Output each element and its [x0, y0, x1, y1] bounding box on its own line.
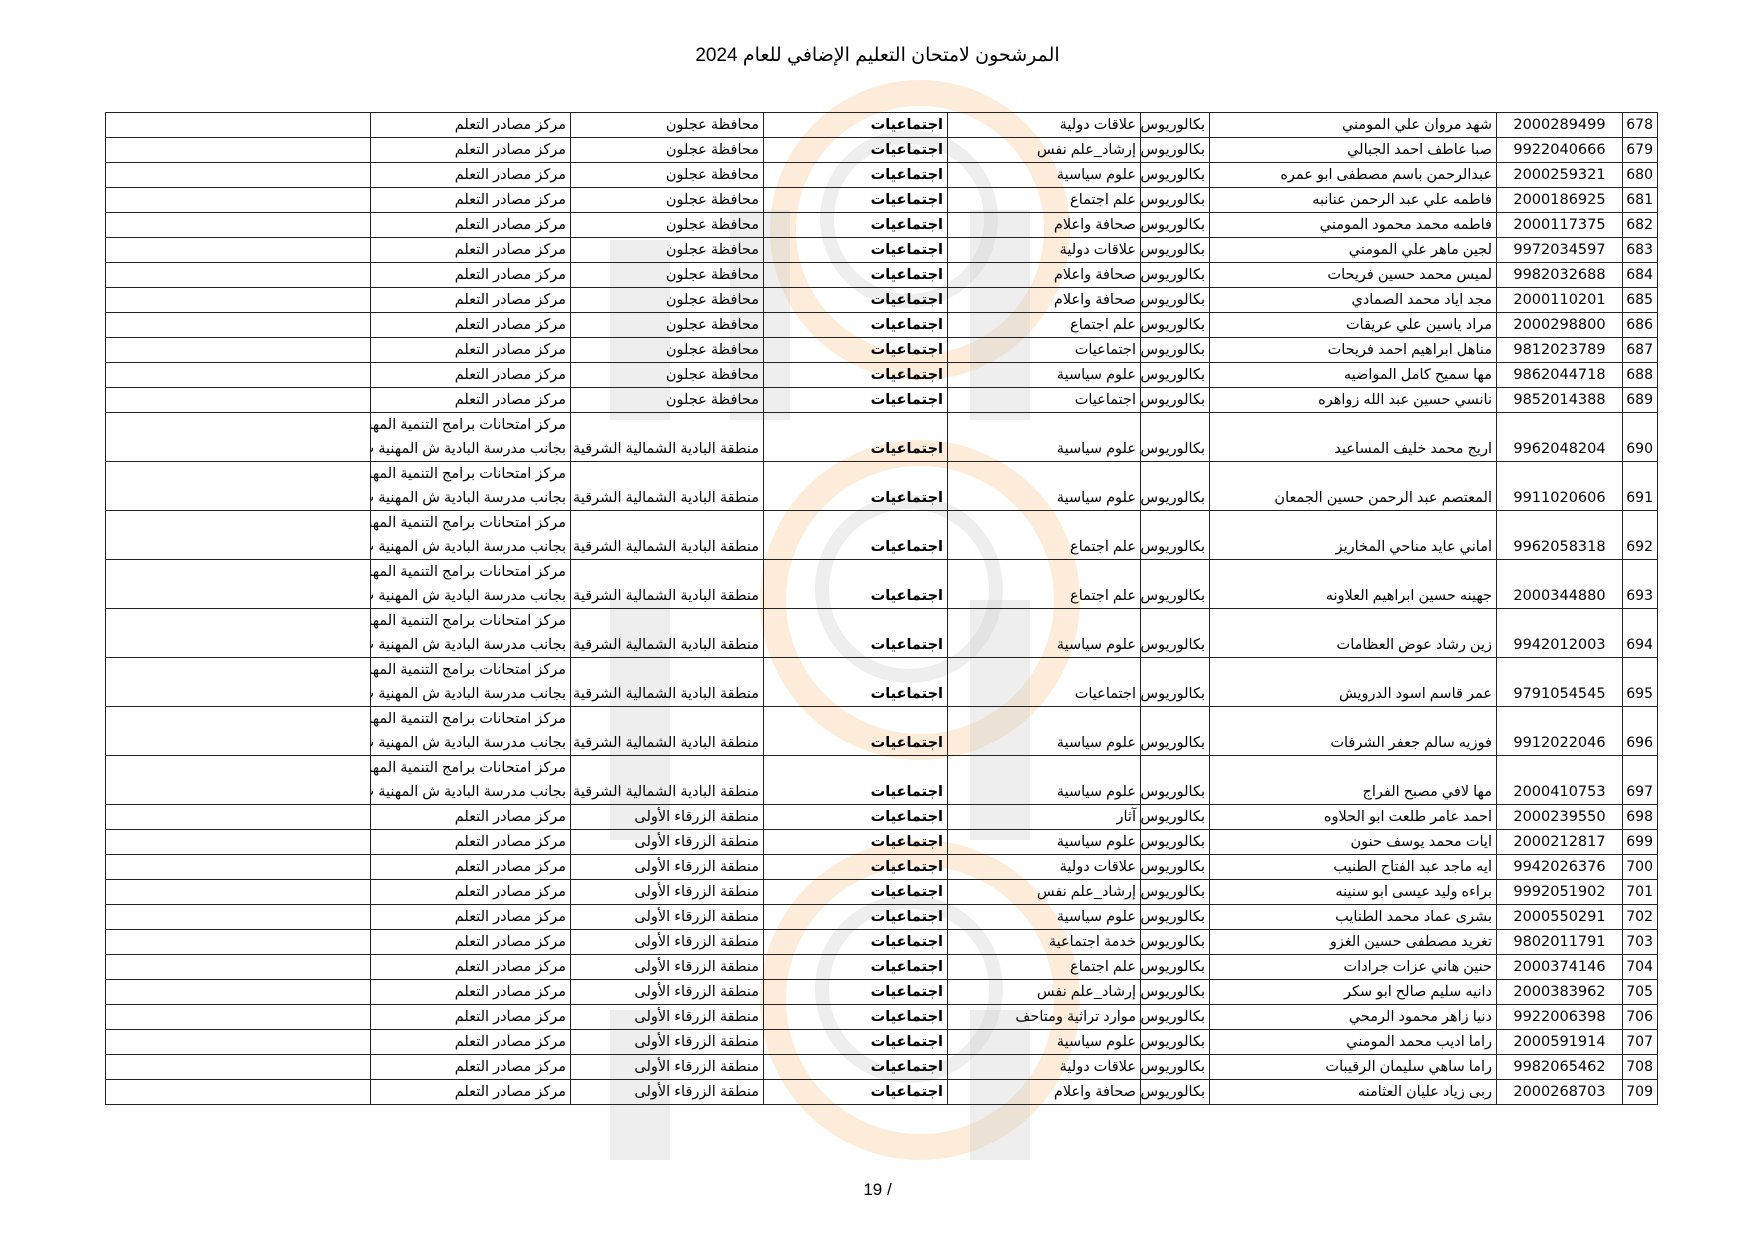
exam-center-line: مركز مصادر التعلم — [375, 213, 566, 237]
cell-district: منطقة البادية الشمالية الشرقية — [571, 560, 764, 609]
table-row: 6879812023789مناهل ابراهيم احمد فريحاتبك… — [106, 338, 1658, 363]
cell-category: اجتماعيات — [764, 1030, 948, 1055]
cell-num: 688 — [1623, 363, 1658, 388]
cell-empty — [106, 756, 371, 805]
exam-center-line: مركز مصادر التعلم — [375, 263, 566, 287]
cell-district: منطقة الزرقاء الأولى — [571, 805, 764, 830]
cell-major: اجتماعيات — [948, 658, 1141, 707]
table-row: 6899852014388نانسي حسين عبد الله زواهرهب… — [106, 388, 1658, 413]
cell-num: 679 — [1623, 138, 1658, 163]
cell-category: اجتماعيات — [764, 930, 948, 955]
cell-empty — [106, 188, 371, 213]
cell-empty — [106, 338, 371, 363]
table-row: 7039802011791تغريد مصطفى حسين الغزوبكالو… — [106, 930, 1658, 955]
table-row: 7069922006398دنيا زاهر محمود الرمحيبكالو… — [106, 1005, 1658, 1030]
cell-id: 9911020606 — [1497, 462, 1623, 511]
exam-center-line: بجانب مدرسة البادية ش المهنية ث بنين — [375, 584, 566, 608]
cell-exam-center: مركز مصادر التعلم — [371, 288, 571, 313]
cell-category: اجتماعيات — [764, 313, 948, 338]
exam-center-line: مركز مصادر التعلم — [375, 1080, 566, 1104]
cell-major: علوم سياسية — [948, 609, 1141, 658]
cell-num: 703 — [1623, 930, 1658, 955]
table-row: 6909962048204اريج محمد خليف المساعيدبكال… — [106, 413, 1658, 462]
cell-district: منطقة الزرقاء الأولى — [571, 905, 764, 930]
cell-category: اجتماعيات — [764, 363, 948, 388]
cell-exam-center: مركز امتحانات برامج التنمية المهنيةبجانب… — [371, 462, 571, 511]
table-row: 7072000591914راما اديب محمد المومنيبكالو… — [106, 1030, 1658, 1055]
cell-district: منطقة الزرقاء الأولى — [571, 855, 764, 880]
cell-exam-center: مركز مصادر التعلم — [371, 1030, 571, 1055]
cell-degree: بكالوريوس — [1141, 388, 1210, 413]
cell-category: اجتماعيات — [764, 707, 948, 756]
cell-category: اجتماعيات — [764, 113, 948, 138]
cell-name: فوزيه سالم جعفر الشرفات — [1210, 707, 1497, 756]
table-row: 7019992051902براءه وليد عيسى ابو سنينهبك… — [106, 880, 1658, 905]
cell-exam-center: مركز مصادر التعلم — [371, 880, 571, 905]
cell-district: منطقة الزرقاء الأولى — [571, 1030, 764, 1055]
cell-num: 706 — [1623, 1005, 1658, 1030]
cell-major: صحافة واعلام — [948, 263, 1141, 288]
exam-center-line: مركز مصادر التعلم — [375, 138, 566, 162]
cell-empty — [106, 805, 371, 830]
cell-category: اجتماعيات — [764, 880, 948, 905]
cell-name: ايات محمد يوسف حنون — [1210, 830, 1497, 855]
cell-exam-center: مركز مصادر التعلم — [371, 1055, 571, 1080]
cell-num: 708 — [1623, 1055, 1658, 1080]
table-row: 6849982032688لميس محمد حسين فريحاتبكالور… — [106, 263, 1658, 288]
cell-empty — [106, 707, 371, 756]
cell-exam-center: مركز امتحانات برامج التنمية المهنيةبجانب… — [371, 707, 571, 756]
cell-num: 690 — [1623, 413, 1658, 462]
cell-district: منطقة الزرقاء الأولى — [571, 980, 764, 1005]
cell-name: نانسي حسين عبد الله زواهره — [1210, 388, 1497, 413]
cell-id: 2000550291 — [1497, 905, 1623, 930]
cell-name: ايه ماجد عبد الفتاح الطنيب — [1210, 855, 1497, 880]
cell-major: علوم سياسية — [948, 163, 1141, 188]
table-row: 6852000110201مجد اياد محمد الصماديبكالور… — [106, 288, 1658, 313]
cell-empty — [106, 830, 371, 855]
cell-district: منطقة البادية الشمالية الشرقية — [571, 511, 764, 560]
cell-exam-center: مركز مصادر التعلم — [371, 1080, 571, 1105]
cell-name: براءه وليد عيسى ابو سنينه — [1210, 880, 1497, 905]
page-number: 19 / — [0, 1180, 1755, 1200]
cell-num: 681 — [1623, 188, 1658, 213]
cell-exam-center: مركز مصادر التعلم — [371, 955, 571, 980]
cell-district: محافظة عجلون — [571, 338, 764, 363]
cell-degree: بكالوريوس — [1141, 288, 1210, 313]
cell-id: 9852014388 — [1497, 388, 1623, 413]
cell-num: 680 — [1623, 163, 1658, 188]
cell-empty — [106, 1080, 371, 1105]
cell-name: مها سميح كامل المواضيه — [1210, 363, 1497, 388]
cell-category: اجتماعيات — [764, 905, 948, 930]
table-row: 6812000186925فاطمه علي عبد الرحمن عنانبه… — [106, 188, 1658, 213]
cell-exam-center: مركز مصادر التعلم — [371, 313, 571, 338]
cell-major: صحافة واعلام — [948, 288, 1141, 313]
cell-num: 705 — [1623, 980, 1658, 1005]
cell-name: حنين هاني عزات جرادات — [1210, 955, 1497, 980]
cell-name: مراد ياسين علي عريقات — [1210, 313, 1497, 338]
cell-empty — [106, 855, 371, 880]
cell-district: محافظة عجلون — [571, 388, 764, 413]
cell-empty — [106, 288, 371, 313]
cell-category: اجتماعيات — [764, 1005, 948, 1030]
cell-num: 694 — [1623, 609, 1658, 658]
cell-category: اجتماعيات — [764, 756, 948, 805]
cell-name: بشرى عماد محمد الطنايب — [1210, 905, 1497, 930]
cell-major: علوم سياسية — [948, 756, 1141, 805]
cell-degree: بكالوريوس — [1141, 462, 1210, 511]
cell-district: محافظة عجلون — [571, 238, 764, 263]
exam-center-line: بجانب مدرسة البادية ش المهنية ث بنين — [375, 486, 566, 510]
cell-num: 698 — [1623, 805, 1658, 830]
cell-category: اجتماعيات — [764, 1055, 948, 1080]
exam-center-line: مركز مصادر التعلم — [375, 905, 566, 929]
cell-name: احمد عامر طلعت ابو الحلاوه — [1210, 805, 1497, 830]
cell-exam-center: مركز مصادر التعلم — [371, 163, 571, 188]
cell-category: اجتماعيات — [764, 511, 948, 560]
cell-category: اجتماعيات — [764, 238, 948, 263]
cell-id: 2000239550 — [1497, 805, 1623, 830]
exam-center-line: مركز مصادر التعلم — [375, 188, 566, 212]
cell-num: 701 — [1623, 880, 1658, 905]
cell-district: محافظة عجلون — [571, 263, 764, 288]
cell-num: 699 — [1623, 830, 1658, 855]
cell-district: منطقة البادية الشمالية الشرقية — [571, 658, 764, 707]
cell-district: محافظة عجلون — [571, 288, 764, 313]
cell-degree: بكالوريوس — [1141, 830, 1210, 855]
cell-id: 9942026376 — [1497, 855, 1623, 880]
cell-name: عمر قاسم اسود الدرويش — [1210, 658, 1497, 707]
cell-district: منطقة البادية الشمالية الشرقية — [571, 609, 764, 658]
table-row: 6802000259321عبدالرحمن باسم مصطفى ابو عم… — [106, 163, 1658, 188]
cell-name: مها لافي مصبح الفراج — [1210, 756, 1497, 805]
cell-empty — [106, 363, 371, 388]
cell-degree: بكالوريوس — [1141, 1030, 1210, 1055]
cell-id: 2000110201 — [1497, 288, 1623, 313]
cell-district: منطقة الزرقاء الأولى — [571, 955, 764, 980]
cell-id: 2000268703 — [1497, 1080, 1623, 1105]
cell-district: محافظة عجلون — [571, 188, 764, 213]
cell-category: اجتماعيات — [764, 830, 948, 855]
cell-name: دانيه سليم صالح ابو سكر — [1210, 980, 1497, 1005]
exam-center-line: مركز امتحانات برامج التنمية المهنية — [375, 609, 566, 633]
cell-degree: بكالوريوس — [1141, 163, 1210, 188]
candidates-table: 6782000289499شهد مروان علي المومنيبكالور… — [105, 112, 1658, 1105]
exam-center-line: مركز مصادر التعلم — [375, 830, 566, 854]
exam-center-line: بجانب مدرسة البادية ش المهنية ث بنين — [375, 731, 566, 755]
cell-num: 692 — [1623, 511, 1658, 560]
cell-degree: بكالوريوس — [1141, 1080, 1210, 1105]
table-row: 6862000298800مراد ياسين علي عريقاتبكالور… — [106, 313, 1658, 338]
cell-major: علوم سياسية — [948, 462, 1141, 511]
cell-id: 9942012003 — [1497, 609, 1623, 658]
cell-exam-center: مركز مصادر التعلم — [371, 238, 571, 263]
cell-degree: بكالوريوس — [1141, 955, 1210, 980]
cell-district: منطقة الزرقاء الأولى — [571, 830, 764, 855]
cell-empty — [106, 388, 371, 413]
cell-name: ربى زياد عليان العثامنه — [1210, 1080, 1497, 1105]
cell-major: علوم سياسية — [948, 830, 1141, 855]
cell-district: محافظة عجلون — [571, 363, 764, 388]
cell-id: 9802011791 — [1497, 930, 1623, 955]
cell-district: محافظة عجلون — [571, 213, 764, 238]
cell-category: اجتماعيات — [764, 263, 948, 288]
cell-degree: بكالوريوس — [1141, 805, 1210, 830]
cell-exam-center: مركز مصادر التعلم — [371, 338, 571, 363]
cell-major: خدمة اجتماعية — [948, 930, 1141, 955]
cell-degree: بكالوريوس — [1141, 930, 1210, 955]
cell-empty — [106, 980, 371, 1005]
cell-exam-center: مركز مصادر التعلم — [371, 263, 571, 288]
cell-num: 693 — [1623, 560, 1658, 609]
cell-exam-center: مركز مصادر التعلم — [371, 388, 571, 413]
cell-name: عبدالرحمن باسم مصطفى ابو عمره — [1210, 163, 1497, 188]
cell-major: إرشاد_علم نفس — [948, 880, 1141, 905]
cell-category: اجتماعيات — [764, 163, 948, 188]
cell-district: منطقة البادية الشمالية الشرقية — [571, 413, 764, 462]
exam-center-line: مركز مصادر التعلم — [375, 1030, 566, 1054]
cell-degree: بكالوريوس — [1141, 756, 1210, 805]
cell-exam-center: مركز مصادر التعلم — [371, 213, 571, 238]
exam-center-line: مركز مصادر التعلم — [375, 855, 566, 879]
cell-exam-center: مركز مصادر التعلم — [371, 138, 571, 163]
cell-category: اجتماعيات — [764, 955, 948, 980]
cell-name: زين رشاد عوض العظامات — [1210, 609, 1497, 658]
cell-degree: بكالوريوس — [1141, 707, 1210, 756]
cell-empty — [106, 905, 371, 930]
cell-district: منطقة الزرقاء الأولى — [571, 1080, 764, 1105]
cell-empty — [106, 213, 371, 238]
exam-center-line: مركز امتحانات برامج التنمية المهنية — [375, 658, 566, 682]
cell-num: 689 — [1623, 388, 1658, 413]
cell-id: 2000186925 — [1497, 188, 1623, 213]
table-row: 6889862044718مها سميح كامل المواضيهبكالو… — [106, 363, 1658, 388]
cell-name: دنيا زاهر محمود الرمحي — [1210, 1005, 1497, 1030]
table-row: 7089982065462راما ساهي سليمان الرقيباتبك… — [106, 1055, 1658, 1080]
cell-degree: بكالوريوس — [1141, 511, 1210, 560]
cell-category: اجتماعيات — [764, 288, 948, 313]
table-row: 6959791054545عمر قاسم اسود الدرويشبكالور… — [106, 658, 1658, 707]
exam-center-line: مركز مصادر التعلم — [375, 163, 566, 187]
table-row: 6822000117375فاطمه محمد محمود المومنيبكا… — [106, 213, 1658, 238]
cell-major: علاقات دولية — [948, 1055, 1141, 1080]
cell-category: اجتماعيات — [764, 413, 948, 462]
cell-num: 687 — [1623, 338, 1658, 363]
exam-center-line: مركز مصادر التعلم — [375, 288, 566, 312]
cell-num: 696 — [1623, 707, 1658, 756]
cell-num: 697 — [1623, 756, 1658, 805]
cell-num: 686 — [1623, 313, 1658, 338]
cell-major: اجتماعيات — [948, 338, 1141, 363]
cell-id: 9922006398 — [1497, 1005, 1623, 1030]
table-row: 6932000344880جهينه حسين ابراهيم العلاونه… — [106, 560, 1658, 609]
cell-degree: بكالوريوس — [1141, 113, 1210, 138]
cell-exam-center: مركز مصادر التعلم — [371, 188, 571, 213]
cell-district: منطقة الزرقاء الأولى — [571, 1005, 764, 1030]
cell-id: 2000117375 — [1497, 213, 1623, 238]
cell-id: 9992051902 — [1497, 880, 1623, 905]
exam-center-line: مركز مصادر التعلم — [375, 238, 566, 262]
table-row: 7092000268703ربى زياد عليان العثامنهبكال… — [106, 1080, 1658, 1105]
cell-major: علاقات دولية — [948, 238, 1141, 263]
cell-name: لجين ماهر علي المومني — [1210, 238, 1497, 263]
table-row: 6929962058318اماني عايد مناحي المخاريزبك… — [106, 511, 1658, 560]
cell-degree: بكالوريوس — [1141, 413, 1210, 462]
cell-empty — [106, 263, 371, 288]
cell-id: 2000383962 — [1497, 980, 1623, 1005]
exam-center-line: بجانب مدرسة البادية ش المهنية ث بنين — [375, 633, 566, 657]
cell-major: علوم سياسية — [948, 363, 1141, 388]
cell-empty — [106, 413, 371, 462]
cell-major: علوم سياسية — [948, 1030, 1141, 1055]
cell-district: منطقة الزرقاء الأولى — [571, 880, 764, 905]
cell-empty — [106, 462, 371, 511]
cell-id: 9962058318 — [1497, 511, 1623, 560]
table-row: 6982000239550احمد عامر طلعت ابو الحلاوهب… — [106, 805, 1658, 830]
cell-name: صبا عاطف احمد الجبالي — [1210, 138, 1497, 163]
cell-empty — [106, 658, 371, 707]
cell-num: 695 — [1623, 658, 1658, 707]
exam-center-line: مركز امتحانات برامج التنمية المهنية — [375, 511, 566, 535]
cell-exam-center: مركز مصادر التعلم — [371, 855, 571, 880]
cell-id: 2000298800 — [1497, 313, 1623, 338]
exam-center-line: بجانب مدرسة البادية ش المهنية ث بنين — [375, 437, 566, 461]
exam-center-line: مركز مصادر التعلم — [375, 338, 566, 362]
table-row: 6972000410753مها لافي مصبح الفراجبكالوري… — [106, 756, 1658, 805]
cell-degree: بكالوريوس — [1141, 138, 1210, 163]
cell-exam-center: مركز مصادر التعلم — [371, 830, 571, 855]
cell-category: اجتماعيات — [764, 462, 948, 511]
cell-empty — [106, 609, 371, 658]
cell-id: 2000289499 — [1497, 113, 1623, 138]
cell-degree: بكالوريوس — [1141, 980, 1210, 1005]
cell-name: اريج محمد خليف المساعيد — [1210, 413, 1497, 462]
cell-id: 9862044718 — [1497, 363, 1623, 388]
cell-id: 2000374146 — [1497, 955, 1623, 980]
cell-num: 683 — [1623, 238, 1658, 263]
cell-empty — [106, 880, 371, 905]
table-row: 6992000212817ايات محمد يوسف حنونبكالوريو… — [106, 830, 1658, 855]
exam-center-line: مركز مصادر التعلم — [375, 805, 566, 829]
cell-id: 9922040666 — [1497, 138, 1623, 163]
cell-name: المعتصم عبد الرحمن حسين الجمعان — [1210, 462, 1497, 511]
cell-exam-center: مركز مصادر التعلم — [371, 1005, 571, 1030]
cell-id: 2000212817 — [1497, 830, 1623, 855]
cell-id: 9791054545 — [1497, 658, 1623, 707]
exam-center-line: مركز مصادر التعلم — [375, 388, 566, 412]
cell-id: 9982032688 — [1497, 263, 1623, 288]
cell-num: 709 — [1623, 1080, 1658, 1105]
cell-major: إرشاد_علم نفس — [948, 980, 1141, 1005]
cell-category: اجتماعيات — [764, 1080, 948, 1105]
exam-center-line: بجانب مدرسة البادية ش المهنية ث بنين — [375, 780, 566, 804]
cell-category: اجتماعيات — [764, 213, 948, 238]
exam-center-line: مركز مصادر التعلم — [375, 1005, 566, 1029]
exam-center-line: بجانب مدرسة البادية ش المهنية ث بنين — [375, 682, 566, 706]
cell-empty — [106, 1005, 371, 1030]
exam-center-line: مركز امتحانات برامج التنمية المهنية — [375, 560, 566, 584]
cell-name: فاطمه محمد محمود المومني — [1210, 213, 1497, 238]
cell-name: جهينه حسين ابراهيم العلاونه — [1210, 560, 1497, 609]
cell-num: 682 — [1623, 213, 1658, 238]
cell-exam-center: مركز امتحانات برامج التنمية المهنيةبجانب… — [371, 756, 571, 805]
cell-major: اجتماعيات — [948, 388, 1141, 413]
cell-category: اجتماعيات — [764, 338, 948, 363]
cell-major: علاقات دولية — [948, 113, 1141, 138]
table-row: 7042000374146حنين هاني عزات جراداتبكالور… — [106, 955, 1658, 980]
cell-district: منطقة البادية الشمالية الشرقية — [571, 707, 764, 756]
cell-major: موارد تراثية ومتاحف — [948, 1005, 1141, 1030]
cell-exam-center: مركز مصادر التعلم — [371, 905, 571, 930]
cell-empty — [106, 930, 371, 955]
table-row: 7009942026376ايه ماجد عبد الفتاح الطنيبب… — [106, 855, 1658, 880]
exam-center-line: مركز امتحانات برامج التنمية المهنية — [375, 462, 566, 486]
exam-center-line: مركز مصادر التعلم — [375, 113, 566, 137]
cell-id: 2000410753 — [1497, 756, 1623, 805]
table-row: 6782000289499شهد مروان علي المومنيبكالور… — [106, 113, 1658, 138]
cell-num: 700 — [1623, 855, 1658, 880]
cell-num: 704 — [1623, 955, 1658, 980]
cell-num: 678 — [1623, 113, 1658, 138]
exam-center-line: مركز مصادر التعلم — [375, 363, 566, 387]
table-row: 6969912022046فوزيه سالم جعفر الشرفاتبكال… — [106, 707, 1658, 756]
cell-name: شهد مروان علي المومني — [1210, 113, 1497, 138]
cell-degree: بكالوريوس — [1141, 560, 1210, 609]
cell-district: منطقة البادية الشمالية الشرقية — [571, 462, 764, 511]
table-row: 6949942012003زين رشاد عوض العظاماتبكالور… — [106, 609, 1658, 658]
exam-center-line: مركز امتحانات برامج التنمية المهنية — [375, 756, 566, 780]
cell-major: صحافة واعلام — [948, 213, 1141, 238]
cell-exam-center: مركز امتحانات برامج التنمية المهنيةبجانب… — [371, 658, 571, 707]
cell-exam-center: مركز امتحانات برامج التنمية المهنيةبجانب… — [371, 609, 571, 658]
cell-empty — [106, 955, 371, 980]
cell-category: اجتماعيات — [764, 855, 948, 880]
cell-empty — [106, 1030, 371, 1055]
cell-district: محافظة عجلون — [571, 163, 764, 188]
cell-degree: بكالوريوس — [1141, 313, 1210, 338]
cell-category: اجتماعيات — [764, 388, 948, 413]
cell-name: راما ساهي سليمان الرقيبات — [1210, 1055, 1497, 1080]
cell-name: لميس محمد حسين فريحات — [1210, 263, 1497, 288]
cell-empty — [106, 1055, 371, 1080]
cell-major: علوم سياسية — [948, 707, 1141, 756]
exam-center-line: مركز امتحانات برامج التنمية المهنية — [375, 707, 566, 731]
cell-empty — [106, 113, 371, 138]
cell-empty — [106, 138, 371, 163]
cell-id: 2000591914 — [1497, 1030, 1623, 1055]
exam-center-line: مركز امتحانات برامج التنمية المهنية — [375, 413, 566, 437]
table-row: 7052000383962دانيه سليم صالح ابو سكربكال… — [106, 980, 1658, 1005]
cell-district: محافظة عجلون — [571, 138, 764, 163]
cell-num: 685 — [1623, 288, 1658, 313]
cell-num: 684 — [1623, 263, 1658, 288]
cell-major: علم اجتماع — [948, 955, 1141, 980]
cell-exam-center: مركز مصادر التعلم — [371, 980, 571, 1005]
cell-id: 9912022046 — [1497, 707, 1623, 756]
exam-center-line: مركز مصادر التعلم — [375, 1055, 566, 1079]
cell-major: علوم سياسية — [948, 905, 1141, 930]
cell-exam-center: مركز مصادر التعلم — [371, 113, 571, 138]
cell-major: إرشاد_علم نفس — [948, 138, 1141, 163]
cell-district: محافظة عجلون — [571, 113, 764, 138]
cell-degree: بكالوريوس — [1141, 658, 1210, 707]
exam-center-line: بجانب مدرسة البادية ش المهنية ث بنين — [375, 535, 566, 559]
cell-name: اماني عايد مناحي المخاريز — [1210, 511, 1497, 560]
cell-empty — [106, 511, 371, 560]
cell-degree: بكالوريوس — [1141, 1005, 1210, 1030]
exam-center-line: مركز مصادر التعلم — [375, 880, 566, 904]
